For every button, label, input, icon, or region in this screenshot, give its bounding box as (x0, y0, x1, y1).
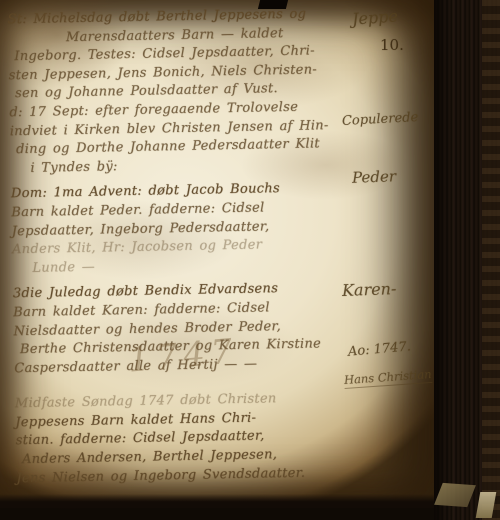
margin-note-jeppe: Jeppe (351, 6, 398, 28)
margin-note-karen: Karen- (342, 279, 397, 300)
margin-note-anno-1747: Ao: 1747. (347, 339, 411, 359)
page-bottom-shadow (0, 494, 438, 508)
handwritten-entries: St: Michelsdag døbt Berthel Jeppesens og… (7, 5, 352, 489)
book-spine-edge (482, 0, 500, 520)
binding-notch (258, 0, 288, 9)
manuscript-photo: St: Michelsdag døbt Berthel Jeppesens og… (0, 0, 500, 520)
margin-note-hans-christian: Hans Christian (344, 367, 433, 389)
book-spine (434, 0, 500, 520)
page-number: 10. (380, 36, 404, 54)
page-corner-patch (434, 483, 476, 507)
margin-note-peder: Peder (352, 167, 397, 187)
margin-note-copulerede: Copulerede (342, 110, 419, 129)
register-page: St: Michelsdag døbt Berthel Jeppesens og… (0, 0, 438, 508)
